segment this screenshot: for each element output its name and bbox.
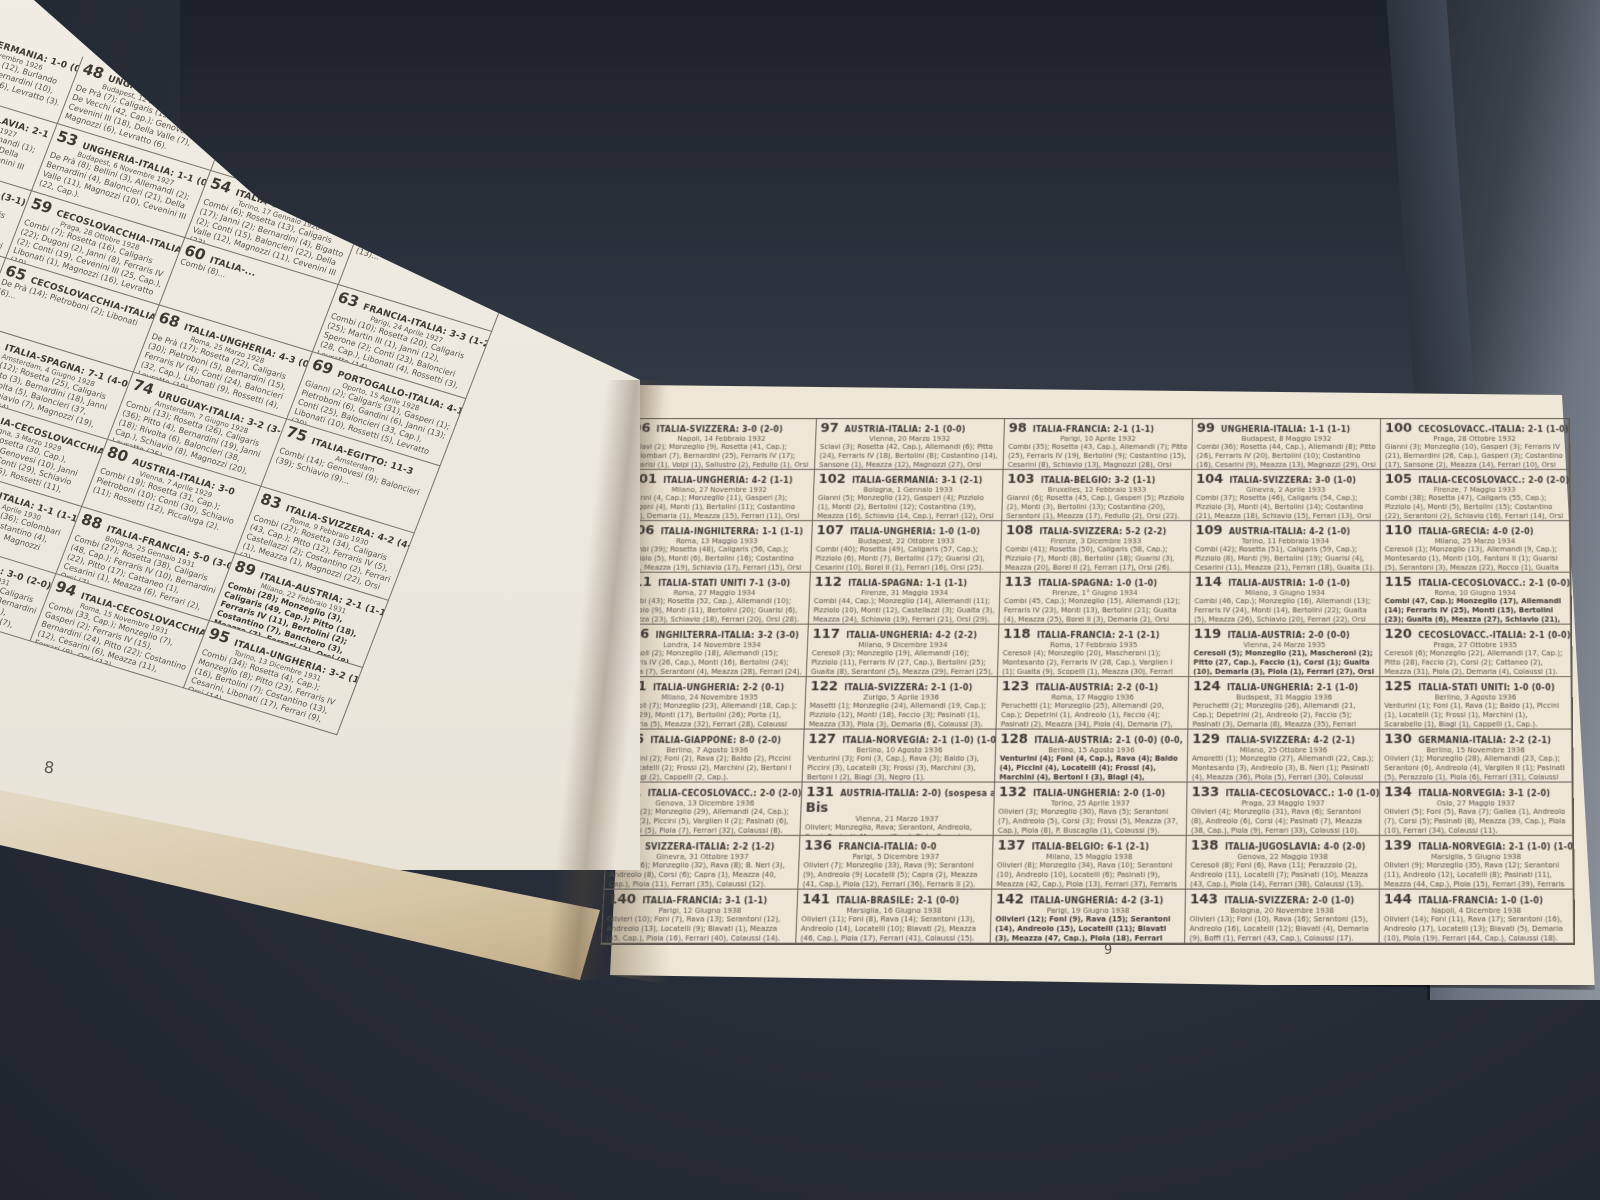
match-number: 122 (810, 679, 838, 694)
match-place-date: Roma, 10 Giugno 1934 (1385, 589, 1566, 597)
match-title: ITALIA-SPAGNA: 1-0 (1-0) (1038, 579, 1158, 588)
match-entry: 123ITALIA-AUSTRIA: 2-2 (0-1)Roma, 17 Mag… (997, 677, 1190, 730)
match-header: 109AUSTRIA-ITALIA: 4-2 (1-0) (1195, 523, 1375, 538)
match-lineup: Ceresoli (8); Foni (6), Rava (11); Peraz… (1190, 861, 1375, 889)
match-lineup: Ceresoli (3); Monzeglio (19), Allemandi … (810, 649, 993, 677)
match-place-date: Bruxelles, 12 Febbraio 1933 (1007, 486, 1187, 494)
match-number: 100 (1385, 421, 1412, 436)
match-place-date: Milano, 25 Marzo 1934 (1385, 537, 1565, 545)
match-header: 124ITALIA-UNGHERIA: 2-1 (1-0) (1193, 679, 1375, 694)
match-number: 142 (996, 892, 1024, 908)
match-number: 105 (1385, 472, 1412, 487)
match-place-date: Vienna, 21 Marzo 1937 (805, 815, 989, 823)
match-entry: 120CECOSLOVACC.-ITALIA: 2-1 (0-0)Praga, … (1380, 625, 1571, 677)
match-lineup: Combi (39); Rosetta (48), Caligaris (56,… (625, 545, 807, 572)
match-number: 114 (1194, 575, 1222, 590)
match-header: 104ITALIA-SVIZZERA: 3-0 (1-0) (1196, 472, 1376, 487)
match-title: ITALIA-SVIZZERA: 3-0 (2-0) (656, 425, 783, 434)
match-place-date: Milano, 25 Ottobre 1936 (1192, 746, 1375, 754)
match-title: ITALIA-JUGOSLAVIA: 4-0 (2-0) (1225, 842, 1366, 851)
match-header: 143ITALIA-SVIZZERA: 2-0 (1-0) (1190, 892, 1375, 908)
match-lineup: Olivieri (7); Monzeglio (33), Rava (9); … (802, 861, 987, 889)
match-lineup: Combi (40); Rosetta (49), Caligaris (57,… (815, 545, 997, 572)
match-header: 112ITALIA-SPAGNA: 1-1 (1-1) (814, 575, 995, 590)
match-entry: 137ITALIA-BELGIO: 6-1 (2-1)Milano, 15 Ma… (992, 836, 1187, 890)
match-place-date: Oslo, 27 Maggio 1937 (1384, 799, 1568, 807)
match-title: ITALIA-STATI UNITI 7-1 (3-0) (658, 579, 791, 588)
match-lineup: Amoretti (1); Monzeglio (27), Allemandi … (1192, 754, 1376, 782)
match-lineup: Olivieri (10); Foni (7), Rava (13); Sera… (606, 915, 792, 944)
match-place-date: Napoli, 4 Dicembre 1938 (1384, 907, 1569, 915)
match-lineup: Olivieri (9); Monzeglio (35), Rava (12);… (1384, 861, 1569, 889)
match-header: 126ITALIA-GIAPPONE: 8-0 (2-0) (616, 732, 799, 748)
match-lineup: Masetti (1); Monzeglio (24), Allemandi (… (809, 702, 992, 730)
match-lineup: Olivieri (12); Foni (9), Rava (15); Sera… (995, 915, 1181, 944)
match-lineup: Olivieri (4); Monzeglio (31), Rava (6); … (1191, 808, 1375, 836)
match-place-date: Vienna, 24 Marzo 1935 (1194, 641, 1376, 649)
match-place-date: Parigi, 19 Giugno 1938 (996, 907, 1181, 915)
match-title: ITALIA-BRASILE: 2-1 (0-0) (836, 896, 959, 906)
match-entry: 118ITALIA-FRANCIA: 2-1 (2-1)Roma, 17 Feb… (998, 625, 1190, 677)
match-place-date: Berlino, 3 Agosto 1936 (1384, 693, 1566, 701)
match-header: 137ITALIA-BELGIO: 6-1 (2-1) (997, 838, 1181, 854)
match-number: 139 (1384, 838, 1412, 854)
match-title: ITALIA-FRANCIA: 3-1 (1-1) (642, 896, 768, 906)
match-header: 122ITALIA-SVIZZERA: 2-1 (1-0) (810, 679, 993, 694)
match-title: ITALIA-CECOSLOVACC.: 1-0 (1-0) (1225, 789, 1379, 798)
match-header: 138ITALIA-JUGOSLAVIA: 4-0 (2-0) (1191, 838, 1375, 854)
match-entry: 122ITALIA-SVIZZERA: 2-1 (1-0)Zurigo, 5 A… (805, 677, 998, 730)
match-number: 143 (1190, 892, 1218, 908)
match-lineup: Combi (43); Rosetta (52, Cap.), Allemand… (622, 597, 805, 625)
match-lineup: Venturini (3); Foni (3, Cap.), Rava (3);… (807, 754, 991, 782)
match-title: CECOSLOVACC.-ITALIA: 2-1 (1-0) (1418, 425, 1569, 434)
match-number: 127 (808, 732, 836, 748)
match-entry: 132ITALIA-UNGHERIA: 2-0 (1-0)Torino, 25 … (994, 783, 1188, 836)
match-lineup: Combi (47, Cap.); Monzeglio (17), Allema… (1385, 597, 1567, 625)
match-entry: 136FRANCIA-ITALIA: 0-0Parigi, 5 Dicembre… (798, 836, 993, 890)
match-lineup: Olivieri (13); Foni (10), Rava (16); Ser… (1189, 915, 1374, 944)
match-title: ITALIA-GERMANIA: 3-1 (2-1) (852, 476, 983, 485)
match-title: ITALIA-AUSTRIA: 1-0 (1-0) (1228, 579, 1350, 588)
match-entry: 141ITALIA-BRASILE: 2-1 (0-0)Marsiglia, 1… (796, 890, 992, 944)
match-number: 129 (1192, 732, 1220, 748)
match-title: ITALIA-SVIZZERA: 2-1 (1-0) (844, 683, 973, 692)
match-entry: 99UNGHERIA-ITALIA: 1-1 (1-1)Budapest, 8 … (1192, 419, 1381, 470)
match-title: GERMANIA-ITALIA: 2-2 (2-1) (1418, 736, 1551, 745)
match-title: FRANCIA-ITALIA: 0-0 (838, 842, 937, 851)
match-header: 141ITALIA-BRASILE: 2-1 (0-0) (802, 892, 987, 908)
match-number: 110 (1385, 523, 1412, 538)
match-place-date: Torino, 25 Aprile 1937 (998, 799, 1182, 807)
match-lineup: Venturini (2); Foni (2), Rava (2); Baldo… (614, 754, 798, 782)
match-number: 125 (1384, 679, 1412, 694)
match-title: ITALIA-SPAGNA: 1-1 (1-1) (848, 579, 968, 588)
match-number: 120 (1384, 627, 1412, 642)
match-number: 130 (1384, 732, 1412, 748)
match-number: 104 (1196, 472, 1223, 487)
match-number: 132 (999, 785, 1027, 801)
match-title: INGHILTERRA-ITALIA: 3-2 (3-0) (655, 631, 799, 640)
match-number: 118 (1003, 627, 1031, 642)
match-header: 129ITALIA-SVIZZERA: 4-2 (2-1) (1192, 732, 1375, 748)
match-entry: 113ITALIA-SPAGNA: 1-0 (1-0)Firenze, 1° G… (999, 573, 1190, 625)
match-entry: 116INGHILTERRA-ITALIA: 3-2 (3-0)Londra, … (616, 625, 809, 677)
match-entry: 108ITALIA-SVIZZERA: 5-2 (2-2)Firenze, 3 … (1001, 521, 1192, 573)
match-entry: 97AUSTRIA-ITALIA: 2-1 (0-0)Vienna, 20 Ma… (815, 419, 1005, 470)
match-number: 112 (814, 575, 842, 590)
match-place-date: Roma, 13 Maggio 1933 (626, 537, 807, 545)
match-number: 117 (812, 627, 840, 642)
match-number: 107 (816, 523, 844, 538)
match-lineup: Olivieri; Monzeglio, Rava; Serantoni, An… (804, 823, 989, 836)
match-lineup: Ceresoli (5); Monzeglio (21), Mascheroni… (1193, 649, 1375, 677)
match-place-date: Praga, 23 Maggio 1937 (1191, 799, 1375, 807)
match-place-date: Genova, 13 Dicembre 1936 (613, 799, 797, 807)
match-number: 102 (818, 472, 846, 487)
match-header: 121ITALIA-UNGHERIA: 2-2 (0-1) (619, 679, 802, 694)
match-title: UNGHERIA-ITALIA: 1-1 (1-1) (1221, 425, 1350, 434)
match-title: ITALIA-UNGHERIA: 4-2 (3-1) (1030, 896, 1163, 906)
match-entry: 100CECOSLOVACC.-ITALIA: 2-1 (1-0)Praga, … (1381, 419, 1570, 470)
match-header: 130GERMANIA-ITALIA: 2-2 (2-1) (1384, 732, 1567, 748)
match-lineup: Olivieri (14); Foni (11), Rava (17); Ser… (1384, 915, 1569, 944)
match-lineup: Ceresoli (1); Monzeglio (13), Allemandi … (1385, 545, 1566, 572)
match-number: 103 (1007, 472, 1035, 487)
match-lineup: Combi (36); Rosetta (44, Cap.), Allemand… (1196, 443, 1376, 470)
match-place-date: Marsiglia, 5 Giugno 1938 (1384, 853, 1568, 861)
match-entry: 112ITALIA-SPAGNA: 1-1 (1-1)Firenze, 31 M… (809, 573, 1001, 625)
match-place-date: Berlino, 15 Novembre 1936 (1384, 746, 1567, 754)
match-title: ITALIA-NORVEGIA: 3-1 (2-0) (1418, 789, 1550, 798)
match-entry: 107ITALIA-UNGHERIA: 1-0 (1-0)Budapest, 2… (811, 521, 1002, 573)
match-entry: 134ITALIA-NORVEGIA: 3-1 (2-0)Oslo, 27 Ma… (1380, 783, 1573, 836)
match-number: 119 (1194, 627, 1222, 642)
match-title: ITALIA-AUSTRIA: 2-0 (0-0) (1227, 631, 1350, 640)
match-entry: 98ITALIA-FRANCIA: 2-1 (1-1)Parigi, 10 Ap… (1004, 419, 1193, 470)
match-entry: 111ITALIA-STATI UNITI 7-1 (3-0)Roma, 27 … (618, 573, 811, 625)
match-title: ITALIA-UNGHERIA: 2-1 (1-0) (1227, 683, 1359, 692)
match-title: ITALIA-NORVEGIA: 2-1 (1-0) (1-0, 0-1, 1-… (842, 736, 997, 745)
match-header: 128ITALIA-AUSTRIA: 2-1 (0-0) (0-0, 1-1, … (1000, 732, 1183, 748)
match-entry: 131 BisAUSTRIA-ITALIA: 2-0) (sospesa al … (800, 783, 995, 836)
match-lineup: Olivieri (8); Monzeglio (34), Rava (10);… (996, 861, 1181, 889)
match-title: ITALIA-SVIZZERA: 5-2 (2-2) (1039, 527, 1166, 536)
match-title: ITALIA-UNGHERIA: 4-2 (1-1) (663, 476, 793, 485)
match-place-date: Milano, 27 Novembre 1932 (629, 486, 809, 494)
match-header: 97AUSTRIA-ITALIA: 2-1 (0-0) (820, 421, 1000, 436)
match-place-date: Ginevra, 2 Aprile 1933 (1196, 486, 1376, 494)
match-number: 113 (1004, 575, 1032, 590)
match-title: ITALIA-AUSTRIA: 2-1 (0-0) (0-0, 1-1, 1-0… (1034, 736, 1188, 745)
match-number: 123 (1002, 679, 1030, 694)
match-lineup: Ceresoli (4); Monzeglio (20), Mascheroni… (1002, 649, 1185, 677)
match-entry: 140ITALIA-FRANCIA: 3-1 (1-1)Parigi, 12 G… (602, 890, 799, 944)
match-lineup: Gianni (6); Rosetta (45, Cap.), Gasperi … (1006, 494, 1187, 521)
match-header: 105ITALIA-CECOSLOVACC.: 2-0 (2-0) (1385, 472, 1565, 487)
match-number: 128 (1000, 732, 1028, 748)
match-number: 97 (820, 421, 839, 436)
match-title: ITALIA-SVIZZERA: 3-0 (1-0) (1229, 476, 1356, 485)
match-entry: 115ITALIA-CECOSLOVACC.: 2-1 (0-0)Roma, 1… (1380, 573, 1571, 625)
match-entry: 133ITALIA-CECOSLOVACC.: 1-0 (1-0)Praga, … (1187, 783, 1380, 836)
match-header: 113ITALIA-SPAGNA: 1-0 (1-0) (1004, 575, 1185, 590)
match-place-date: Firenze, 3 Dicembre 1933 (1006, 537, 1187, 545)
match-place-date: Berlino, 15 Agosto 1936 (1000, 746, 1183, 754)
match-place-date: Firenze, 31 Maggio 1934 (814, 589, 995, 597)
match-header: 98ITALIA-FRANCIA: 2-1 (1-1) (1009, 421, 1188, 436)
match-header: 139ITALIA-NORVEGIA: 2-1 (1-0) (1-0, 0-1,… (1384, 838, 1568, 854)
match-title: ITALIA-CECOSLOVACC.: 2-0 (2-0) (647, 789, 802, 798)
match-title: ITALIA-UNGHERIA: 2-0 (1-0) (1033, 789, 1166, 798)
match-title: ITALIA-SVIZZERA: 2-0 (1-0) (1224, 896, 1354, 906)
match-place-date: Firenze, 7 Maggio 1933 (1385, 486, 1565, 494)
match-entry: 128ITALIA-AUSTRIA: 2-1 (0-0) (0-0, 1-1, … (995, 730, 1188, 783)
match-title: ITALIA-STATI UNITI: 1-0 (0-0) (1418, 683, 1555, 692)
match-lineup: Venturini (4); Foni (4, Cap.), Rava (4);… (999, 754, 1183, 782)
match-lineup: Venturini (1); Foni (1), Rava (1); Baldo… (1384, 702, 1567, 730)
match-place-date: Firenze, 1° Giugno 1934 (1004, 589, 1185, 597)
match-header: 99UNGHERIA-ITALIA: 1-1 (1-1) (1197, 421, 1376, 436)
match-number: 124 (1193, 679, 1221, 694)
match-place-date: Zurigo, 5 Aprile 1936 (810, 693, 993, 701)
match-title: ITALIA-FRANCIA: 2-1 (1-1) (1033, 425, 1155, 434)
match-place-date: Parigi, 10 Aprile 1932 (1008, 435, 1187, 443)
page-number-right: 9 (1104, 943, 1112, 958)
match-number: 109 (1195, 523, 1223, 538)
match-title: ITALIA-GRECIA: 4-0 (2-0) (1418, 527, 1534, 536)
match-lineup: Ceresoli (7); Monzeglio (23), Allemandi … (616, 702, 800, 730)
match-title: AUSTRIA-ITALIA: 4-2 (1-0) (1229, 527, 1351, 536)
match-lineup: Olivieri (11); Foni (8), Rava (14); Sera… (800, 915, 986, 944)
match-place-date: Praga, 27 Ottobre 1935 (1384, 641, 1566, 649)
match-header: 118ITALIA-FRANCIA: 2-1 (2-1) (1003, 627, 1185, 642)
match-title: ITALIA-SVIZZERA: 4-2 (2-1) (1226, 736, 1355, 745)
match-entry: 127ITALIA-NORVEGIA: 2-1 (1-0) (1-0, 0-1,… (803, 730, 997, 783)
match-title: ITALIA-BELGIO: 6-1 (2-1) (1031, 842, 1149, 851)
match-header: 144ITALIA-FRANCIA: 1-0 (1-0) (1384, 892, 1569, 908)
match-place-date: Genova, 22 Maggio 1938 (1191, 853, 1375, 861)
match-lineup: Olivieri (3); Monzeglio (30), Rava (5); … (998, 808, 1182, 836)
match-lineup: Combi (46, Cap.); Monzeglio (16), Allema… (1194, 597, 1376, 625)
match-entry: 139ITALIA-NORVEGIA: 2-1 (1-0) (1-0, 0-1,… (1380, 836, 1574, 890)
match-lineup: Combi (44, Cap.); Monzeglio (14), Allema… (813, 597, 995, 625)
match-number: 131 Bis (805, 785, 834, 816)
match-place-date: Berlino, 7 Agosto 1936 (616, 746, 799, 754)
match-header: 131 BisAUSTRIA-ITALIA: 2-0) (sospesa al … (805, 785, 990, 816)
match-header: 125ITALIA-STATI UNITI: 1-0 (0-0) (1384, 679, 1566, 694)
match-place-date: Praga, 28 Ottobre 1932 (1385, 435, 1564, 443)
match-title: SVIZZERA-ITALIA: 2-2 (1-2) (645, 842, 775, 851)
match-place-date: Parigi, 12 Giugno 1938 (607, 907, 792, 915)
match-number: 98 (1009, 421, 1028, 436)
match-place-date: Berlino, 10 Agosto 1936 (808, 746, 991, 754)
match-place-date: Milano, 24 Novembre 1935 (618, 693, 801, 701)
match-entry: 105ITALIA-CECOSLOVACC.: 2-0 (2-0)Firenze… (1381, 470, 1570, 521)
match-title: ITALIA-FRANCIA: 1-0 (1-0) (1418, 896, 1543, 906)
match-number: 133 (1191, 785, 1219, 801)
match-lineup: Gianni (5); Monzeglio (12), Gasperi (4);… (817, 494, 998, 521)
match-title: ITALIA-INGHILTERRA: 1-1 (1-1) (660, 527, 803, 536)
match-place-date: Torino, 11 Febbraio 1934 (1195, 537, 1376, 545)
match-number: 99 (1197, 421, 1215, 436)
match-header: 120CECOSLOVACC.-ITALIA: 2-1 (0-0) (1384, 627, 1566, 642)
match-title: ITALIA-GIAPPONE: 8-0 (2-0) (650, 736, 781, 745)
match-title: ITALIA-UNGHERIA: 4-2 (2-2) (846, 631, 977, 640)
match-lineup: Olivieri (1); Monzeglio (28), Allemandi … (1384, 754, 1567, 782)
match-header: 107ITALIA-UNGHERIA: 1-0 (1-0) (816, 523, 997, 538)
match-header: 102ITALIA-GERMANIA: 3-1 (2-1) (818, 472, 998, 487)
match-title: ITALIA-FRANCIA: 2-1 (2-1) (1037, 631, 1160, 640)
match-lineup: Gianni (4, Cap.); Monzeglio (11), Gasper… (627, 494, 809, 521)
match-lineup: Gianni (3); Monzeglio (10), Gasperi (3);… (1385, 443, 1565, 470)
match-entry: 143ITALIA-SVIZZERA: 2-0 (1-0)Bologna, 20… (1185, 890, 1380, 944)
match-place-date: Milano, 9 Dicembre 1934 (812, 641, 994, 649)
match-header: 140ITALIA-FRANCIA: 3-1 (1-1) (608, 892, 793, 908)
match-header: 116INGHILTERRA-ITALIA: 3-2 (3-0) (621, 627, 803, 642)
match-number: 144 (1384, 892, 1412, 908)
match-entry: 119ITALIA-AUSTRIA: 2-0 (0-0)Vienna, 24 M… (1189, 625, 1380, 677)
match-place-date: Bologna, 1 Gennaio 1933 (818, 486, 998, 494)
match-lineup: Sclavi (3); Rosetta (42, Cap.), Allemand… (819, 443, 1000, 470)
match-header: 132ITALIA-UNGHERIA: 2-0 (1-0) (999, 785, 1183, 801)
match-title: ITALIA-BELGIO: 3-2 (1-1) (1040, 476, 1155, 485)
match-lineup: Combi (41); Rosetta (50), Caligaris (58,… (1005, 545, 1186, 572)
match-header: 117ITALIA-UNGHERIA: 4-2 (2-2) (812, 627, 994, 642)
match-place-date: Roma, 17 Maggio 1936 (1001, 693, 1183, 701)
match-entry: 117ITALIA-UNGHERIA: 4-2 (2-2)Milano, 9 D… (807, 625, 1000, 677)
match-entry: 129ITALIA-SVIZZERA: 4-2 (2-1)Milano, 25 … (1188, 730, 1381, 783)
match-title: CECOSLOVACC.-ITALIA: 2-1 (0-0) (1418, 631, 1571, 640)
match-number: 73 (0, 329, 3, 352)
match-header: 134ITALIA-NORVEGIA: 3-1 (2-0) (1384, 785, 1567, 801)
match-number: 141 (802, 892, 831, 908)
match-entry: 109AUSTRIA-ITALIA: 4-2 (1-0)Torino, 11 F… (1191, 521, 1381, 573)
match-place-date: Milano, 3 Giugno 1934 (1194, 589, 1375, 597)
match-lineup: Combi (38); Rosetta (47), Caligaris (55,… (1385, 494, 1565, 521)
match-place-date: Budapest, 8 Maggio 1932 (1197, 435, 1376, 443)
match-place-date: Marsiglia, 16 Giugno 1938 (801, 907, 986, 915)
match-header: 106ITALIA-INGHILTERRA: 1-1 (1-1) (627, 523, 808, 538)
match-entry: 103ITALIA-BELGIO: 3-2 (1-1)Bruxelles, 12… (1002, 470, 1192, 521)
match-entry: 144ITALIA-FRANCIA: 1-0 (1-0)Napoli, 4 Di… (1380, 890, 1574, 944)
match-lineup: Peruchetti (1); Monzeglio (25), Allemand… (1000, 702, 1183, 730)
match-lineup: Peruchetti (2); Monzeglio (26), Allemand… (1192, 702, 1375, 730)
match-entry: 142ITALIA-UNGHERIA: 4-2 (3-1)Parigi, 19 … (991, 890, 1186, 944)
match-number: 136 (804, 838, 833, 854)
match-title: ITALIA-UNGHERIA: 1-0 (1-0) (850, 527, 980, 536)
match-title: ITALIA-CECOSLOVACC.: 2-0 (2-0) (1418, 476, 1569, 485)
match-place-date: Londra, 14 Novembre 1934 (621, 641, 803, 649)
match-entry: 130GERMANIA-ITALIA: 2-2 (2-1)Berlino, 15… (1380, 730, 1573, 783)
match-lineup: Ceresoli (6); Monzeglio (22), Allemandi … (1384, 649, 1566, 677)
match-header: 110ITALIA-GRECIA: 4-0 (2-0) (1385, 523, 1565, 538)
match-lineup: Combi (35); Rosetta (43, Cap.), Allemand… (1007, 443, 1187, 470)
match-place-date: Roma, 27 Maggio 1934 (624, 589, 805, 597)
match-entry: 138ITALIA-JUGOSLAVIA: 4-0 (2-0)Genova, 2… (1186, 836, 1380, 890)
match-place-date: Milano, 15 Maggio 1938 (997, 853, 1181, 861)
match-title: ITALIA-AUSTRIA: 2-2 (0-1) (1035, 683, 1158, 692)
match-place-date: Bologna, 20 Novembre 1938 (1190, 907, 1375, 915)
match-lineup: Combi (37); Rosetta (46), Caligaris (54,… (1195, 494, 1375, 521)
match-entry: 104ITALIA-SVIZZERA: 3-0 (1-0)Ginevra, 2 … (1191, 470, 1380, 521)
match-header: 100CECOSLOVACC.-ITALIA: 2-1 (1-0) (1385, 421, 1564, 436)
match-title: AUSTRIA-ITALIA: 2-1 (0-0) (844, 425, 965, 434)
match-place-date: Roma, 17 Febbraio 1935 (1003, 641, 1185, 649)
match-title: ITALIA-CECOSLOVACC.: 2-1 (0-0) (1418, 579, 1570, 588)
match-lineup: Combi (42); Rosetta (51), Caligaris (59,… (1195, 545, 1376, 572)
match-entry: 125ITALIA-STATI UNITI: 1-0 (0-0)Berlino,… (1380, 677, 1572, 730)
match-header: 114ITALIA-AUSTRIA: 1-0 (1-0) (1194, 575, 1375, 590)
match-header: 108ITALIA-SVIZZERA: 5-2 (2-2) (1006, 523, 1187, 538)
match-lineup: Ceresoli (2); Monzeglio (18), Allemandi … (619, 649, 803, 677)
match-place-date: Parigi, 5 Dicembre 1937 (804, 853, 988, 861)
match-title: ITALIA-UNGHERIA: 2-2 (0-1) (653, 683, 785, 692)
match-number: 138 (1191, 838, 1219, 854)
match-header: 115ITALIA-CECOSLOVACC.: 2-1 (0-0) (1385, 575, 1566, 590)
match-title: ITALIA-NORVEGIA: 2-1 (1-0) (1-0, 0-1, 1-… (1418, 842, 1574, 851)
match-entry: 121ITALIA-UNGHERIA: 2-2 (0-1)Milano, 24 … (613, 677, 807, 730)
match-number: 134 (1384, 785, 1412, 801)
match-place-date: Budapest, 31 Maggio 1936 (1193, 693, 1375, 701)
match-header: 136FRANCIA-ITALIA: 0-0 (804, 838, 989, 854)
match-title: AUSTRIA-ITALIA: 2-0) (sospesa al 29° min… (840, 789, 995, 798)
match-header: 103ITALIA-BELGIO: 3-2 (1-1) (1007, 472, 1187, 487)
match-number: 137 (997, 838, 1025, 854)
match-header: 123ITALIA-AUSTRIA: 2-2 (0-1) (1002, 679, 1184, 694)
right-page-match-grid: 96ITALIA-SVIZZERA: 3-0 (2-0)Napoli, 14 F… (601, 418, 1576, 945)
match-lineup: Combi (45, Cap.); Monzeglio (15), Allema… (1003, 597, 1185, 625)
match-entry: 124ITALIA-UNGHERIA: 2-1 (1-0)Budapest, 3… (1188, 677, 1380, 730)
match-number: 115 (1385, 575, 1412, 590)
match-entry: 102ITALIA-GERMANIA: 3-1 (2-1)Bologna, 1 … (813, 470, 1004, 521)
match-header: 133ITALIA-CECOSLOVACC.: 1-0 (1-0) (1191, 785, 1375, 801)
match-entry: 114ITALIA-AUSTRIA: 1-0 (1-0)Milano, 3 Gi… (1190, 573, 1381, 625)
match-lineup: Olivieri (5); Foni (5), Rava (7); Gallea… (1384, 808, 1568, 836)
match-header: 119ITALIA-AUSTRIA: 2-0 (0-0) (1194, 627, 1376, 642)
match-header: 111ITALIA-STATI UNITI 7-1 (3-0) (624, 575, 806, 590)
match-header: 142ITALIA-UNGHERIA: 4-2 (3-1) (996, 892, 1181, 908)
match-place-date: Budapest, 22 Ottobre 1933 (816, 537, 997, 545)
match-number: 108 (1006, 523, 1034, 538)
match-header: 127ITALIA-NORVEGIA: 2-1 (1-0) (1-0, 0-1,… (808, 732, 991, 748)
match-place-date: Vienna, 20 Marzo 1932 (820, 435, 1000, 443)
match-entry: 110ITALIA-GRECIA: 4-0 (2-0)Milano, 25 Ma… (1381, 521, 1571, 573)
match-header: 131ITALIA-CECOSLOVACC.: 2-0 (2-0) (613, 785, 797, 801)
